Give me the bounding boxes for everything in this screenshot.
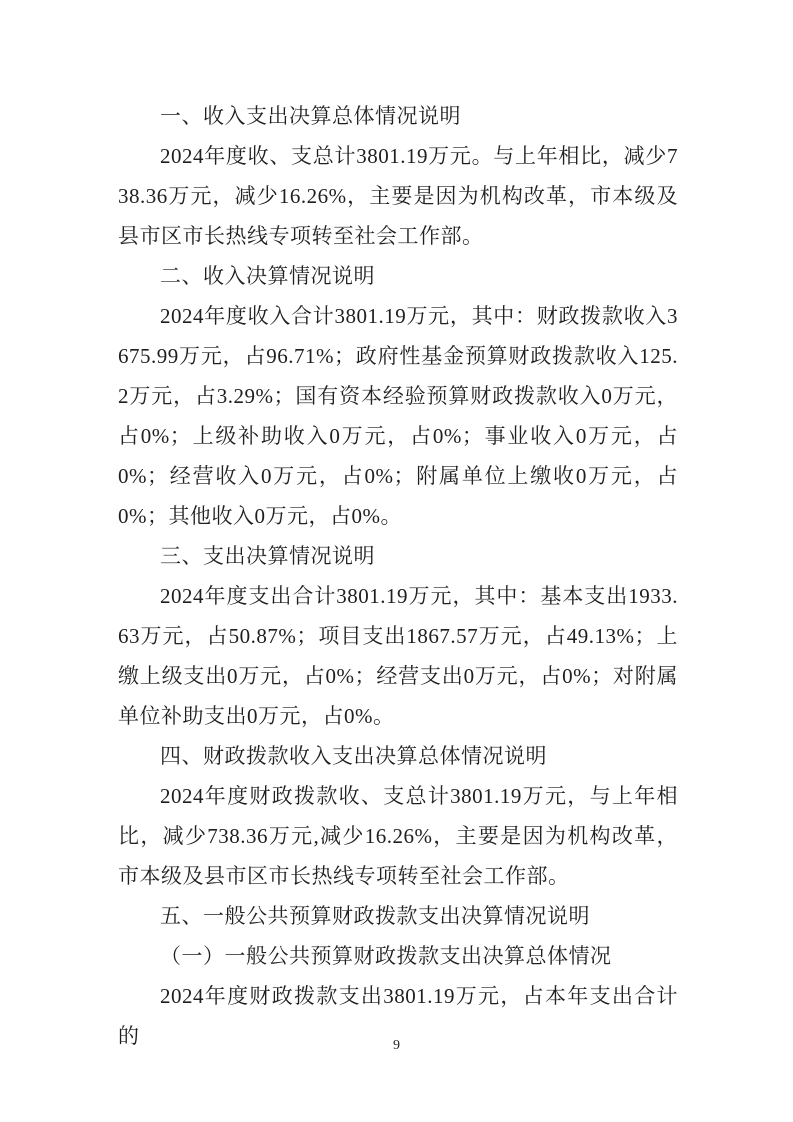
- report-text-block: 一、收入支出决算总体情况说明 2024年度收、支总计3801.19万元。与上年相…: [118, 96, 678, 1056]
- section-4-heading: 四、财政拨款收入支出决算总体情况说明: [118, 736, 678, 776]
- section-4-body: 2024年度财政拨款收、支总计3801.19万元，与上年相比，减少738.36万…: [118, 776, 678, 896]
- section-1-heading: 一、收入支出决算总体情况说明: [118, 96, 678, 136]
- section-1-body: 2024年度收、支总计3801.19万元。与上年相比，减少738.36万元，减少…: [118, 136, 678, 256]
- section-3-body: 2024年度支出合计3801.19万元，其中：基本支出1933.63万元，占50…: [118, 576, 678, 736]
- section-5-heading: 五、一般公共预算财政拨款支出决算情况说明: [118, 896, 678, 936]
- page-number: 9: [0, 1036, 793, 1056]
- section-5-subheading: （一）一般公共预算财政拨款支出决算总体情况: [118, 936, 678, 976]
- section-2-body: 2024年度收入合计3801.19万元，其中：财政拨款收入3675.99万元，占…: [118, 296, 678, 536]
- section-2-heading: 二、收入决算情况说明: [118, 256, 678, 296]
- document-page: 一、收入支出决算总体情况说明 2024年度收、支总计3801.19万元。与上年相…: [0, 0, 793, 1122]
- section-3-heading: 三、支出决算情况说明: [118, 536, 678, 576]
